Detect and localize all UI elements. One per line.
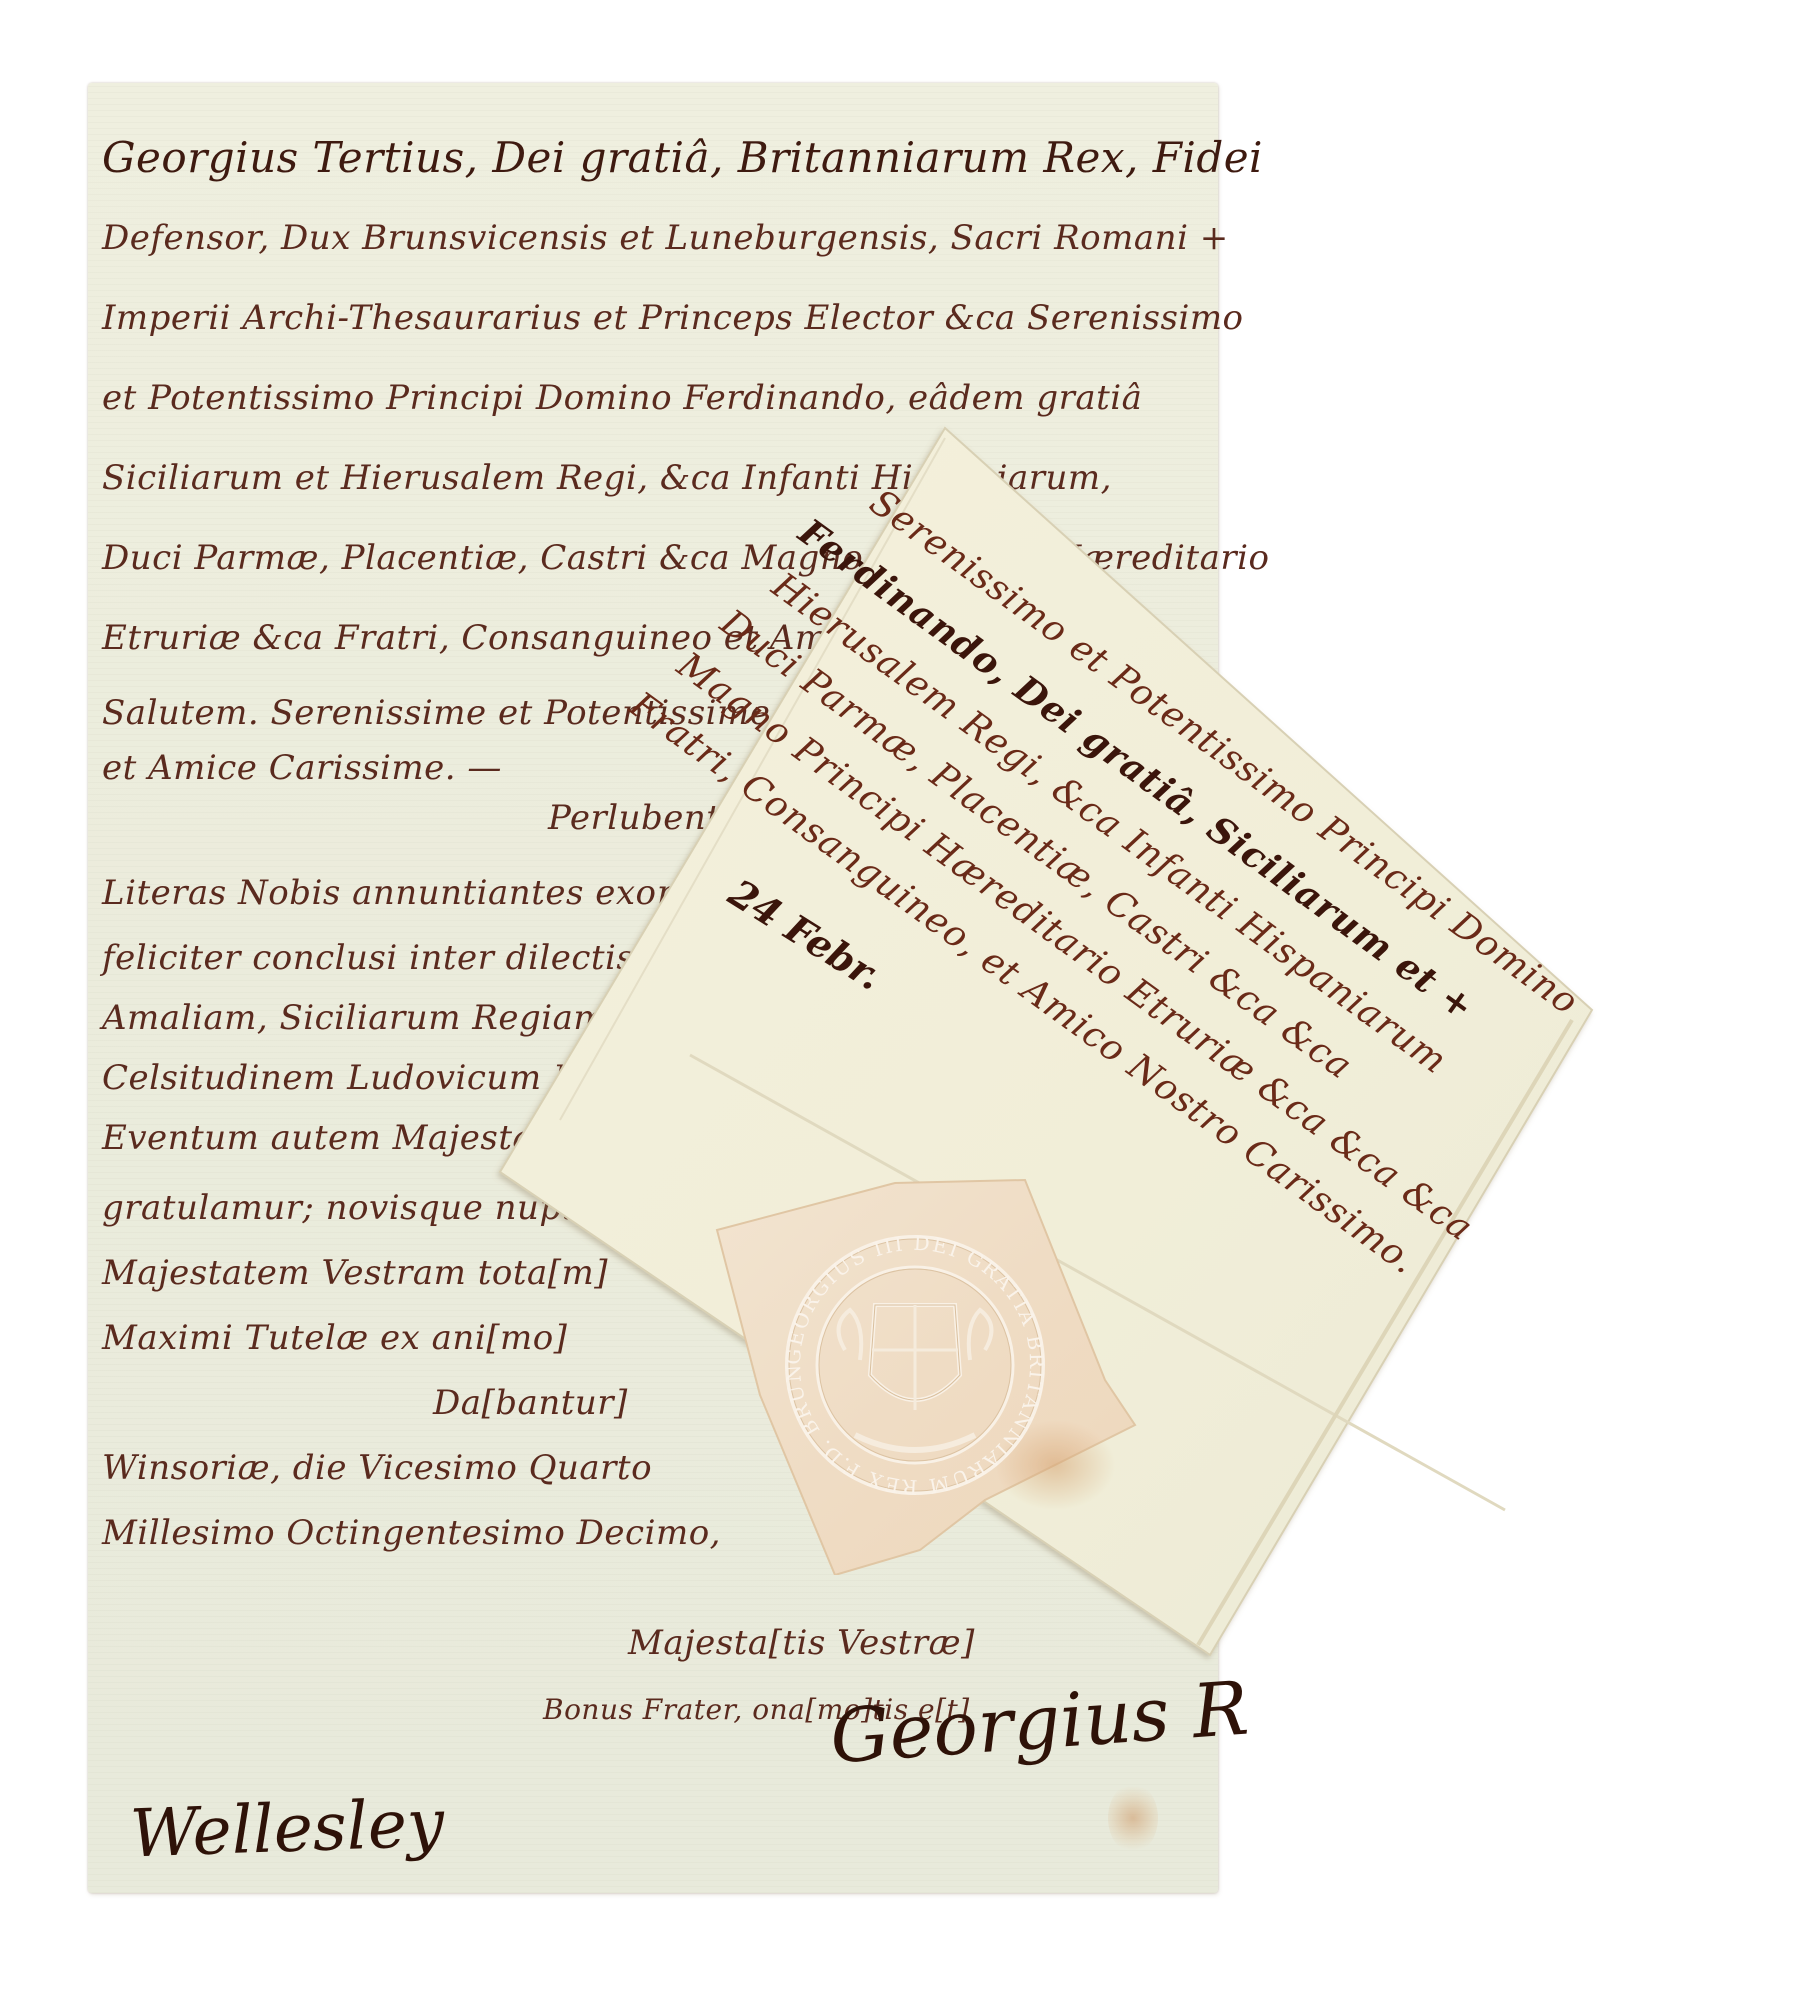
letter-line: et Potentissimo Principi Domino Ferdinan…	[102, 378, 1142, 418]
letter-line: Imperii Archi-Thesaurarius et Princeps E…	[102, 298, 1244, 338]
letter-line: Winsoriæ, die Vicesimo Quarto	[102, 1448, 652, 1488]
letter-line: Defensor, Dux Brunsvicensis et Luneburge…	[102, 218, 1229, 258]
letter-line: Majesta[tis Vestræ]	[628, 1623, 975, 1663]
letter-line: Duci Parmæ, Placentiæ, Castri &ca Magno …	[102, 538, 1269, 578]
embossed-seal-paper: GEORGIUS III DEI GRATIA BRITANNIARUM REX…	[705, 1175, 1145, 1575]
letter-line: Da[bantur]	[433, 1383, 628, 1423]
foxing-stain	[1108, 1783, 1158, 1853]
letter-line: Millesimo Octingentesimo Decimo,	[102, 1513, 721, 1553]
seal-inner-legend: DIEU ET MON DROIT	[705, 1175, 1145, 1575]
letter-line: Eventum autem Majestati Ve[strae]	[102, 1118, 730, 1158]
letter-line: Georgius Tertius, Dei gratiâ, Britanniar…	[102, 133, 1263, 182]
letter-line: et Amice Carissime. —	[102, 748, 502, 788]
letter-line: gratulamur; novisque nupt[iis]	[102, 1188, 644, 1228]
letter-line: Maximi Tutelæ ex ani[mo]	[102, 1318, 567, 1358]
wellesley-signature: Wellesley	[129, 1785, 446, 1873]
letter-line: Celsitudinem Ludovicum Phili[ppum]	[102, 1058, 760, 1098]
document-photo: Georgius Tertius, Dei gratiâ, Britanniar…	[0, 0, 1812, 2000]
letter-line: Majestatem Vestram tota[m]	[102, 1253, 608, 1293]
letter-line: Siciliarum et Hierusalem Regi, &ca Infan…	[102, 458, 1112, 498]
